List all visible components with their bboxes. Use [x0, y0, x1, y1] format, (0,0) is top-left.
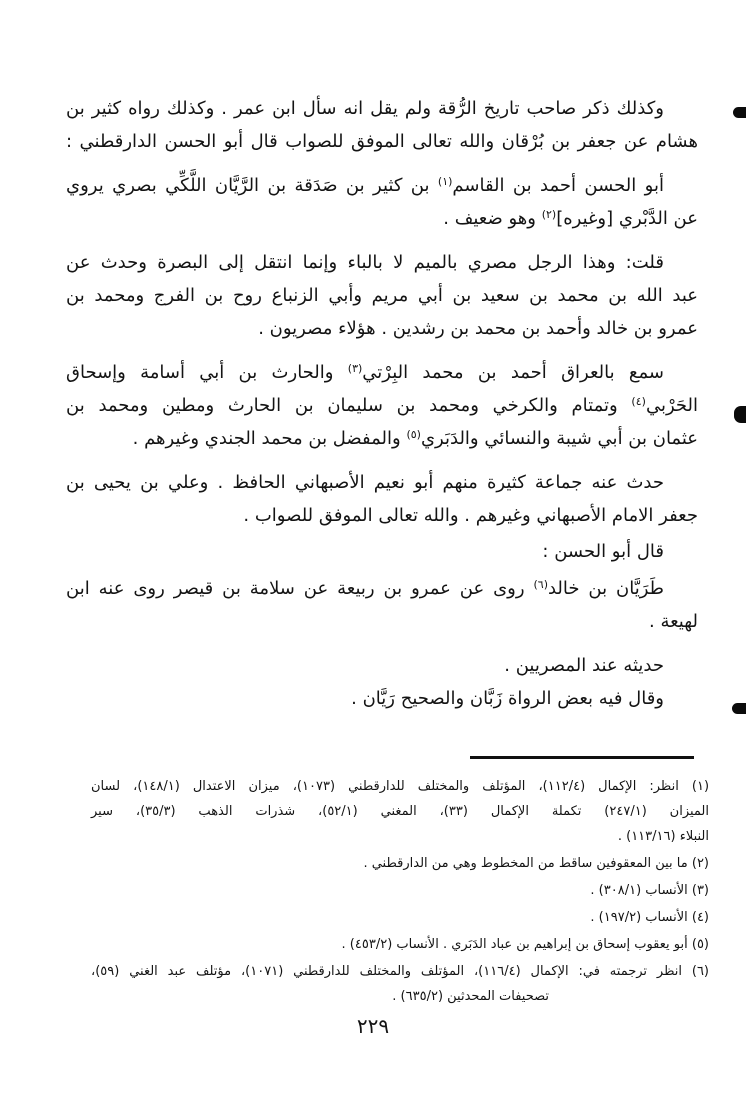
text-line: هشام عن جعفر بن بُرْقان والله تعالى المو…: [66, 125, 698, 158]
text-line: أبو الحسن أحمد بن القاسم(١) بن كثير بن ص…: [66, 169, 698, 202]
text-line: (٣) الأنساب (٣٠٨/١) .: [91, 878, 709, 903]
footnote: (٢) ما بين المعقوفين ساقط من المخطوط وهي…: [91, 851, 709, 876]
text-line: (٦) انظر ترجمته في: الإكمال (١١٦/٤)، الم…: [91, 959, 709, 984]
text-line: لهيعة .: [66, 605, 698, 638]
footnote: (١) انظر: الإكمال (١١٢/٤)، المؤتلف والمخ…: [91, 774, 709, 849]
paragraph: وكذلك ذكر صاحب تاريخ الرُّقة ولم يقل انه…: [66, 92, 698, 158]
text-line: جعفر الامام الأصبهاني وغيرهم . والله تعا…: [66, 499, 698, 532]
paragraph: أبو الحسن أحمد بن القاسم(١) بن كثير بن ص…: [66, 169, 698, 235]
paragraph: طَرَيَّان بن خالد(٦) روى عن عمرو بن ربيع…: [66, 572, 698, 638]
scan-edge-mark: [734, 406, 746, 423]
scan-edge-mark: [732, 703, 746, 714]
paragraph: حديثه عند المصريين .: [66, 649, 698, 682]
footnote: (٤) الأنساب (١٩٧/٢) .: [91, 905, 709, 930]
footnote-ref: (٣): [348, 362, 363, 375]
text-line: (٢) ما بين المعقوفين ساقط من المخطوط وهي…: [91, 851, 709, 876]
text-line: عن الدَّبْري [وغيره](٢) وهو ضعيف .: [66, 202, 698, 235]
paragraph: قلت: وهذا الرجل مصري بالميم لا بالباء وإ…: [66, 246, 698, 345]
text-line: الحَرْبي(٤) وتمتام والكرخي ومحمد بن سليم…: [66, 389, 698, 422]
text-line: وقال فيه بعض الرواة زَبَّان والصحيح رَيَ…: [66, 682, 698, 715]
footnote-ref: (٢): [542, 208, 557, 221]
paragraph: سمع بالعراق أحمد بن محمد البِرْتي(٣) وال…: [66, 356, 698, 455]
paragraph: قال أبو الحسن :: [66, 535, 698, 568]
text-line: (٤) الأنساب (١٩٧/٢) .: [91, 905, 709, 930]
footnote-divider: [470, 756, 694, 759]
footnote-ref: (١): [438, 175, 453, 188]
footnote: (٣) الأنساب (٣٠٨/١) .: [91, 878, 709, 903]
text-line: قلت: وهذا الرجل مصري بالميم لا بالباء وإ…: [66, 246, 698, 279]
text-line: عمرو بن خالد وأحمد بن محمد بن رشدين . هؤ…: [66, 312, 698, 345]
footnote: (٦) انظر ترجمته في: الإكمال (١١٦/٤)، الم…: [91, 959, 709, 1009]
paragraph: حدث عنه جماعة كثيرة منهم أبو نعيم الأصبه…: [66, 466, 698, 532]
text-line: عثمان بن أبي شيبة والنسائي والدَبَري(٥) …: [66, 422, 698, 455]
footnote-ref: (٤): [631, 395, 646, 408]
text-line: تصحيفات المحدثين (٦٣٥/٢) .: [91, 984, 709, 1009]
text-line: طَرَيَّان بن خالد(٦) روى عن عمرو بن ربيع…: [66, 572, 698, 605]
text-line: وكذلك ذكر صاحب تاريخ الرُّقة ولم يقل انه…: [66, 92, 698, 125]
text-line: (٥) أبو يعقوب إسحاق بن إبراهيم بن عباد ا…: [91, 932, 709, 957]
text-line: (١) انظر: الإكمال (١١٢/٤)، المؤتلف والمخ…: [91, 774, 709, 799]
footnote-ref: (٦): [533, 578, 548, 591]
footnote-ref: (٥): [406, 428, 421, 441]
footnote: (٥) أبو يعقوب إسحاق بن إبراهيم بن عباد ا…: [91, 932, 709, 957]
text-line: عبد الله بن محمد بن سعيد بن أبي مريم وأب…: [66, 279, 698, 312]
text-line: قال أبو الحسن :: [66, 535, 698, 568]
paragraph: وقال فيه بعض الرواة زَبَّان والصحيح رَيَ…: [66, 682, 698, 715]
text-line: الميزان (٢٤٧/١) تكملة الإكمال (٣٣)، المغ…: [91, 799, 709, 824]
document-page: وكذلك ذكر صاحب تاريخ الرُّقة ولم يقل انه…: [0, 0, 746, 1096]
page-number: ٢٢٩: [0, 1014, 746, 1038]
text-line: سمع بالعراق أحمد بن محمد البِرْتي(٣) وال…: [66, 356, 698, 389]
text-line: حديثه عند المصريين .: [66, 649, 698, 682]
footnotes: (١) انظر: الإكمال (١١٢/٤)، المؤتلف والمخ…: [91, 774, 709, 1011]
text-line: حدث عنه جماعة كثيرة منهم أبو نعيم الأصبه…: [66, 466, 698, 499]
main-text: وكذلك ذكر صاحب تاريخ الرُّقة ولم يقل انه…: [66, 92, 698, 726]
scan-edge-mark: [733, 107, 746, 118]
text-line: النبلاء (١١٣/١٦) .: [91, 824, 709, 849]
